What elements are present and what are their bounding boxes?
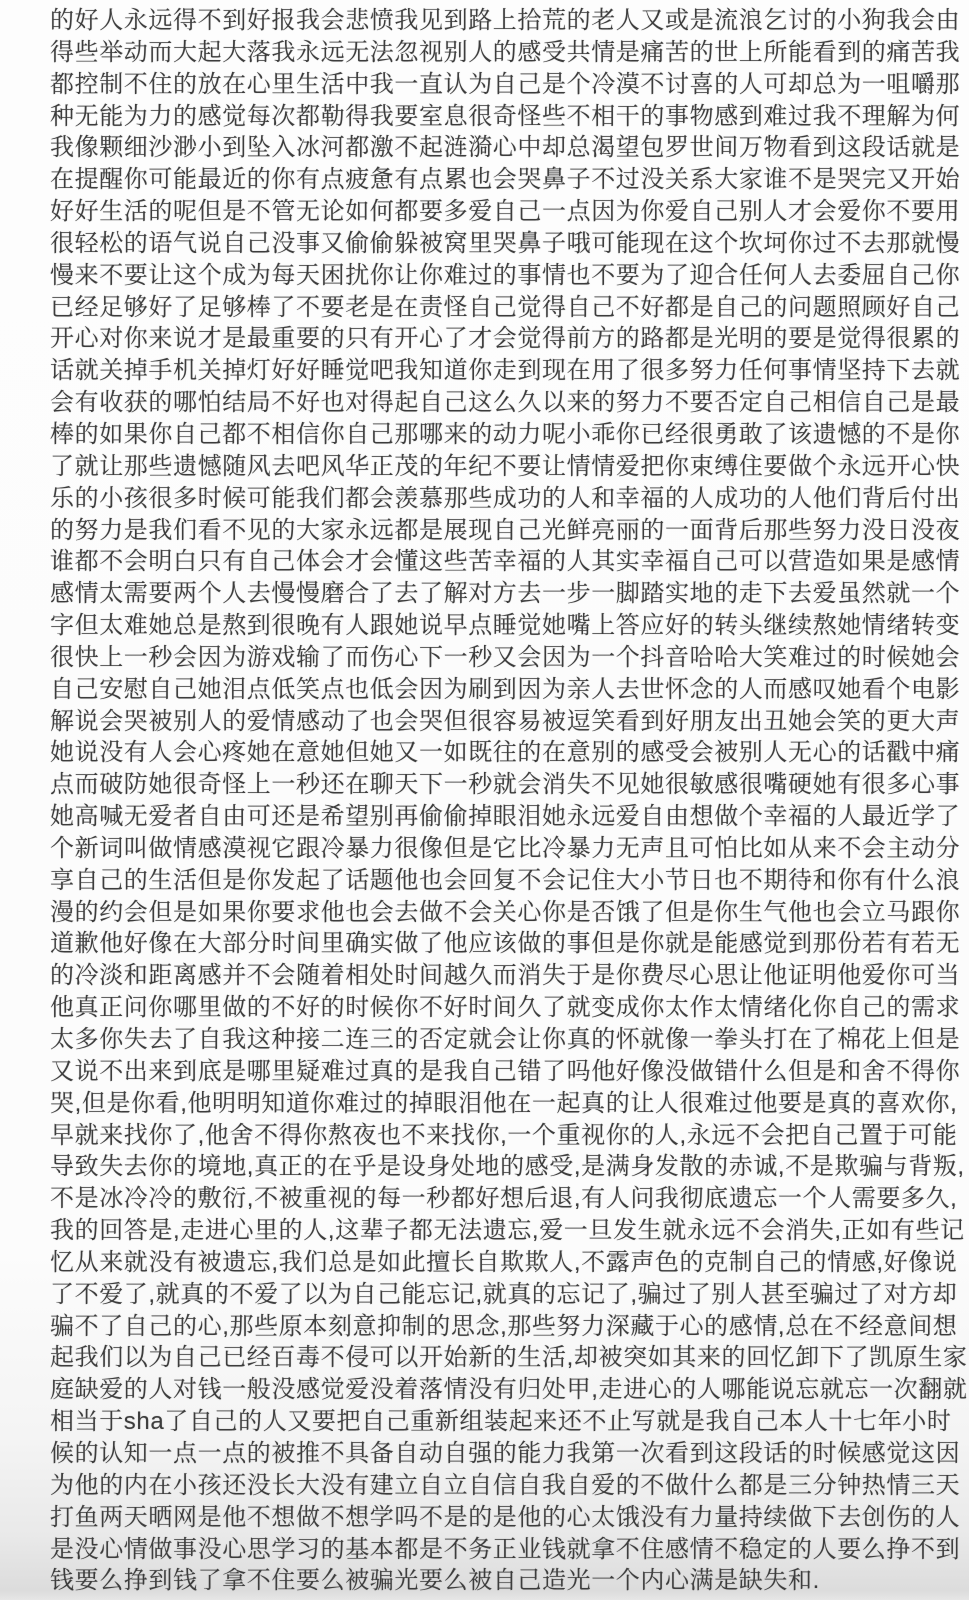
text-line: 的冷淡和距离感并不会随着相处时间越久而消失于是你费尽心思让他证明他爱你可当 bbox=[50, 960, 957, 992]
text-line: 的好人永远得不到好报我会悲愤我见到路上拾荒的老人又或是流浪乞讨的小狗我会由 bbox=[50, 5, 957, 37]
text-line: 哭,但是你看,他明明知道你难过的掉眼泪他在一起真的让人很难过他要是真的喜欢你, bbox=[50, 1088, 957, 1120]
text-line: 候的认知一点一点的被推不具备自动自强的能力我第一次看到这段话的时候感觉这因 bbox=[50, 1438, 957, 1470]
text-line: 话就关掉手机关掉灯好好睡觉吧我知道你走到现在用了很多努力任何事情坚持下去就 bbox=[50, 355, 957, 387]
text-body: 的好人永远得不到好报我会悲愤我见到路上拾荒的老人又或是流浪乞讨的小狗我会由得些举… bbox=[0, 0, 969, 1597]
text-line: 不是冰冷冷的敷衍,不被重视的每一秒都好想后退,有人问我彻底遗忘一个人需要多久, bbox=[50, 1183, 957, 1215]
text-line: 的努力是我们看不见的大家永远都是展现自己光鲜亮丽的一面背后那些努力没日没夜 bbox=[50, 515, 957, 547]
text-line: 都控制不住的放在心里生活中我一直认为自己是个冷漠不讨喜的人可却总为一咀嚼那 bbox=[50, 69, 957, 101]
text-line: 慢来不要让这个成为每天困扰你让你难过的事情也不要为了迎合任何人去委屈自己你 bbox=[50, 260, 957, 292]
text-line: 字但太难她总是熬到很晚有人跟她说早点睡觉她嘴上答应好的转头继续熬她情绪转变 bbox=[50, 610, 957, 642]
text-line: 得些举动而大起大落我永远无法忽视别人的感受共情是痛苦的世上所能看到的痛苦我 bbox=[50, 37, 957, 69]
text-line: 很快上一秒会因为游戏输了而伤心下一秒又会因为一个抖音哈哈大笑难过的时候她会 bbox=[50, 642, 957, 674]
text-line: 打鱼两天晒网是他不想做不想学吗不是的是他的心太饿没有力量持续做下去创伤的人 bbox=[50, 1502, 957, 1534]
text-line: 种无能为力的感觉每次都勒得我要室息很奇怪些不相干的事物感到难过我不理解为何 bbox=[50, 101, 957, 133]
text-line: 相当于sha了自己的人又要把自己重新组装起来还不止写就是我自己本人十七年小时 bbox=[50, 1406, 957, 1438]
text-line: 点而破防她很奇怪上一秒还在聊天下一秒就会消失不见她很敏感很嘴硬她有很多心事 bbox=[50, 769, 957, 801]
text-line: 感情太需要两个人去慢慢磨合了去了解对方去一步一脚踏实地的走下去爱虽然就一个 bbox=[50, 578, 957, 610]
text-line: 起我们以为自己已经百毒不侵可以开始新的生活,却被突如其来的回忆卸下了凯原生家 bbox=[50, 1342, 957, 1374]
text-line: 乐的小孩很多时候可能我们都会羡慕那些成功的人和幸福的人成功的人他们背后付出 bbox=[50, 483, 957, 515]
text-line: 导致失去你的境地,真正的在乎是设身处地的感受,是满身发散的赤诚,不是欺骗与背叛, bbox=[50, 1151, 957, 1183]
text-line: 开心对你来说才是最重要的只有开心了才会觉得前方的路都是光明的要是觉得很累的 bbox=[50, 323, 957, 355]
text-line: 太多你失去了自我这种接二连三的否定就会让你真的怀就像一拳头打在了棉花上但是 bbox=[50, 1024, 957, 1056]
text-line: 漫的约会但是如果你要求他也会去做不会关心你是否饿了但是你生气他也会立马跟你 bbox=[50, 897, 957, 929]
text-line: 庭缺爱的人对钱一般没感觉爱没着落情没有归处甲,走进心的人哪能说忘就忘一次翻就 bbox=[50, 1374, 957, 1406]
text-line: 她说没有人会心疼她在意她但她又一如既往的在意别的感受会被别人无心的话戳中痛 bbox=[50, 737, 957, 769]
text-line: 早就来找你了,他舍不得你熬夜也不来找你,一个重视你的人,永远不会把自己置于可能 bbox=[50, 1120, 957, 1152]
text-line: 道歉他好像在大部分时间里确实做了他应该做的事但是你就是能感觉到那份若有若无 bbox=[50, 928, 957, 960]
text-line: 自己安慰自己她泪点低笑点也低会因为刷到因为亲人去世怀念的人而感叹她看个电影 bbox=[50, 674, 957, 706]
text-line: 忆从来就没有被遗忘,我们总是如此擅长自欺欺人,不露声色的克制自己的情感,好像说 bbox=[50, 1247, 957, 1279]
text-line: 个新词叫做情感漠视它跟冷暴力很像但是它比冷暴力无声且可怕比如从来不会主动分 bbox=[50, 833, 957, 865]
text-line: 在提醒你可能最近的你有点疲惫有点累也会哭鼻子不过没关系大家谁不是哭完又开始 bbox=[50, 164, 957, 196]
text-page: 的好人永远得不到好报我会悲愤我见到路上拾荒的老人又或是流浪乞讨的小狗我会由得些举… bbox=[0, 0, 969, 1600]
text-line: 会有收获的哪怕结局不好也对得起自己这么久以来的努力不要否定自己相信自己是最 bbox=[50, 387, 957, 419]
text-line: 了不爱了,就真的不爱了以为自己能忘记,就真的忘记了,骗过了别人甚至骗过了对方却 bbox=[50, 1279, 957, 1311]
text-line: 是没心情做事没心思学习的基本都是不务正业钱就拿不住感情不稳定的人要么挣不到 bbox=[50, 1534, 957, 1566]
text-line: 我像颗细沙渺小到坠入冰河都激不起涟漪心中却总渴望包罗世间万物看到这段话就是 bbox=[50, 132, 957, 164]
text-line: 骗不了自己的心,那些原本刻意抑制的思念,那些努力深藏于心的感情,总在不经意间想 bbox=[50, 1311, 957, 1343]
text-line: 钱要么挣到钱了拿不住要么被骗光要么被自己造光一个内心满是缺失和. bbox=[50, 1565, 957, 1597]
text-line: 为他的内在小孩还没长大没有建立自立自信自我自爱的不做什么都是三分钟热情三天 bbox=[50, 1470, 957, 1502]
text-line: 了就让那些遗憾随风去吧风华正茂的年纪不要让情情爱把你束缚住要做个永远开心快 bbox=[50, 451, 957, 483]
text-line: 很轻松的语气说自己没事又偷偷躲被窝里哭鼻子哦可能现在这个坎坷你过不去那就慢 bbox=[50, 228, 957, 260]
text-line: 她高喊无爱者自由可还是希望别再偷偷掉眼泪她永远爱自由想做个幸福的人最近学了 bbox=[50, 801, 957, 833]
text-line: 好好生活的呢但是不管无论如何都要多爱自己一点因为你爱自己别人才会爱你不要用 bbox=[50, 196, 957, 228]
text-line: 我的回答是,走进心里的人,这辈子都无法遗忘,爱一旦发生就永远不会消失,正如有些记 bbox=[50, 1215, 957, 1247]
text-line: 解说会哭被别人的爱情感动了也会哭但很容易被逗笑看到好朋友出丑她会笑的更大声 bbox=[50, 706, 957, 738]
text-line: 又说不出来到底是哪里疑难过真的是我自己错了吗他好像没做错什么但是和舍不得你 bbox=[50, 1056, 957, 1088]
text-line: 棒的如果你自己都不相信你自己那哪来的动力呢小乖你已经很勇敢了该遗憾的不是你 bbox=[50, 419, 957, 451]
text-line: 享自己的生活但是你发起了话题他也会回复不会记住大小节日也不期待和你有什么浪 bbox=[50, 865, 957, 897]
text-line: 已经足够好了足够棒了不要老是在责怪自己觉得自己不好都是自己的问题照顾好自己 bbox=[50, 292, 957, 324]
text-line: 谁都不会明白只有自己体会才会懂这些苦幸福的人其实幸福自己可以营造如果是感情 bbox=[50, 546, 957, 578]
text-line: 他真正问你哪里做的不好的时候你不好时间久了就变成你太作太情绪化你自己的需求 bbox=[50, 992, 957, 1024]
